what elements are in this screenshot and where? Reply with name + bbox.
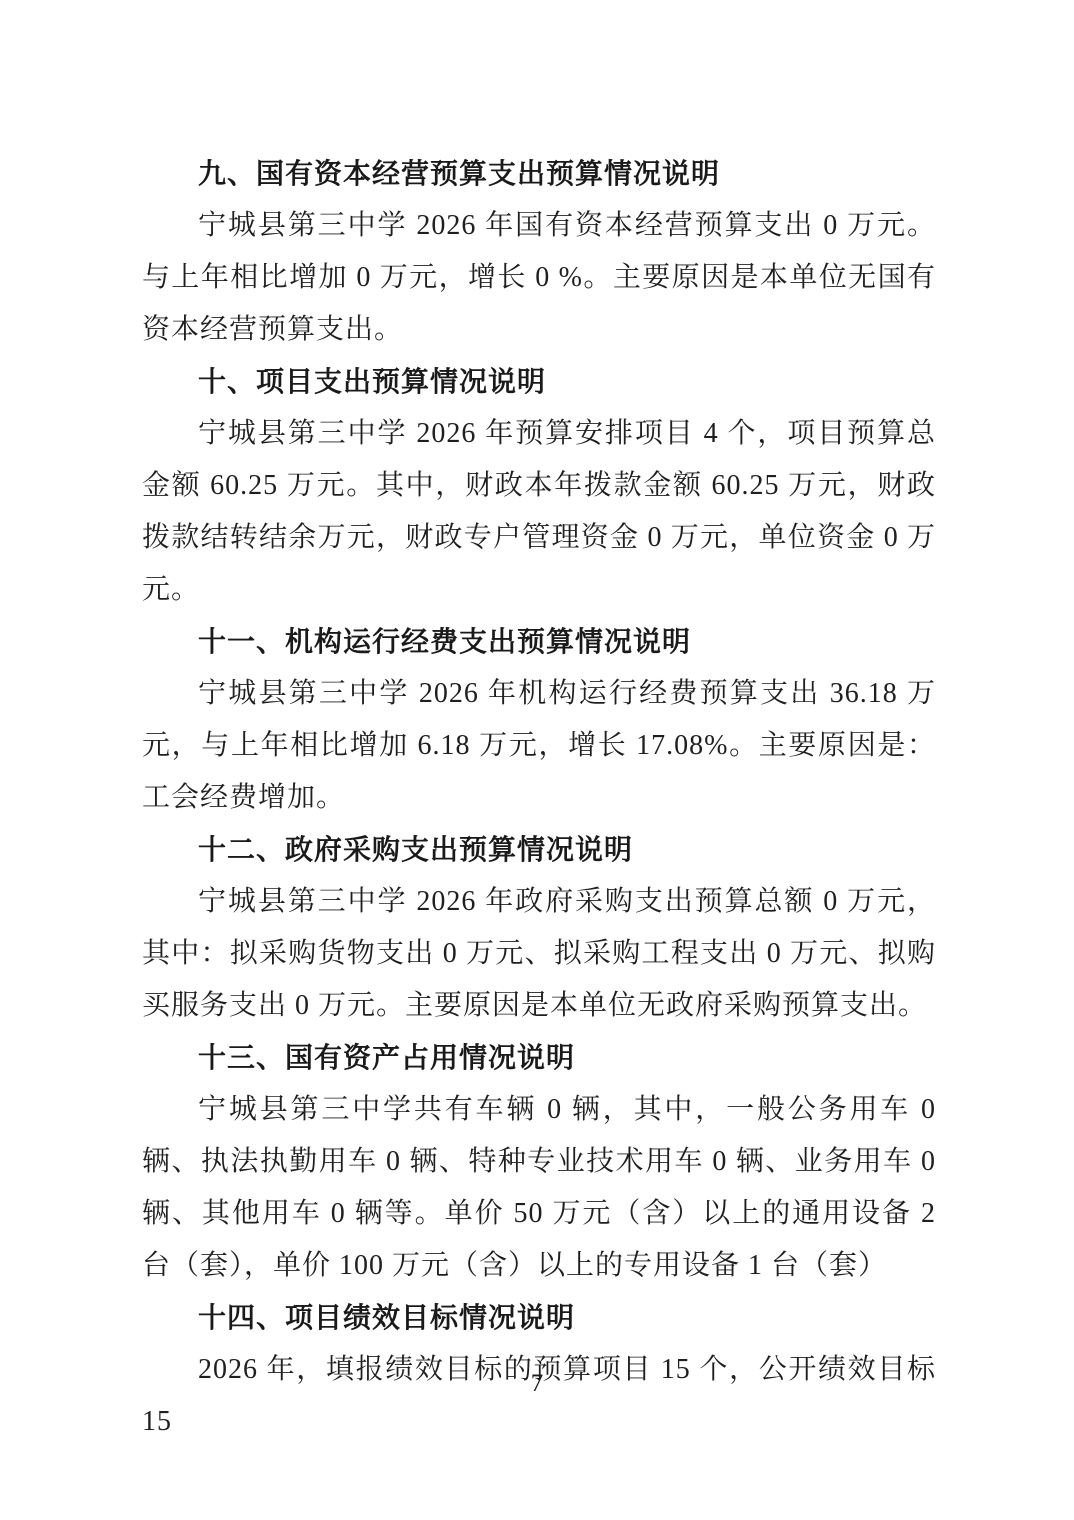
document-content: 九、国有资本经营预算支出预算情况说明 宁城县第三中学 2026 年国有资本经营预… [142, 148, 936, 1448]
section-10-heading: 十、项目支出预算情况说明 [142, 356, 936, 408]
section-12-paragraph: 宁城县第三中学 2026 年政府采购支出预算总额 0 万元，其中：拟采购货物支出… [142, 876, 936, 1032]
section-11-paragraph: 宁城县第三中学 2026 年机构运行经费预算支出 36.18 万元，与上年相比增… [142, 668, 936, 824]
section-13-heading: 十三、国有资产占用情况说明 [142, 1032, 936, 1084]
section-9-heading: 九、国有资本经营预算支出预算情况说明 [142, 148, 936, 200]
section-10-paragraph: 宁城县第三中学 2026 年预算安排项目 4 个，项目预算总金额 60.25 万… [142, 408, 936, 616]
section-13: 十三、国有资产占用情况说明 宁城县第三中学共有车辆 0 辆，其中，一般公务用车 … [142, 1032, 936, 1292]
section-14-heading: 十四、项目绩效目标情况说明 [142, 1292, 936, 1344]
section-11-heading: 十一、机构运行经费支出预算情况说明 [142, 616, 936, 668]
section-9-paragraph: 宁城县第三中学 2026 年国有资本经营预算支出 0 万元。与上年相比增加 0 … [142, 200, 936, 356]
section-12-heading: 十二、政府采购支出预算情况说明 [142, 824, 936, 876]
document-page: 九、国有资本经营预算支出预算情况说明 宁城县第三中学 2026 年国有资本经营预… [0, 0, 1074, 1520]
section-10: 十、项目支出预算情况说明 宁城县第三中学 2026 年预算安排项目 4 个，项目… [142, 356, 936, 616]
section-13-paragraph: 宁城县第三中学共有车辆 0 辆，其中，一般公务用车 0 辆、执法执勤用车 0 辆… [142, 1084, 936, 1292]
section-12: 十二、政府采购支出预算情况说明 宁城县第三中学 2026 年政府采购支出预算总额… [142, 824, 936, 1032]
section-11: 十一、机构运行经费支出预算情况说明 宁城县第三中学 2026 年机构运行经费预算… [142, 616, 936, 824]
section-9: 九、国有资本经营预算支出预算情况说明 宁城县第三中学 2026 年国有资本经营预… [142, 148, 936, 356]
page-number: 7 [0, 1368, 1074, 1400]
